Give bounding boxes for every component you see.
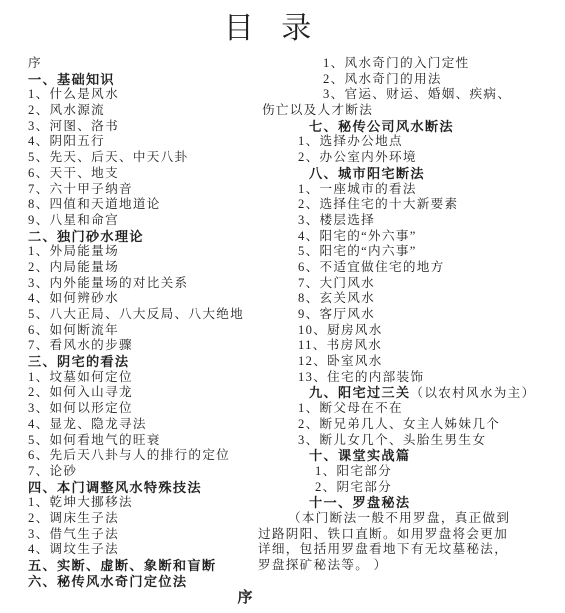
toc-entry: 4、如何辨砂水 [28, 291, 258, 307]
toc-entry: 7、六十甲子纳音 [28, 182, 258, 198]
toc-entry: 9、八星和命宫 [28, 213, 258, 229]
toc-entry: 2、阴宅部分 [258, 480, 558, 496]
toc-entry: 2、断兄弟几人、女主人姊妹几个 [258, 417, 558, 433]
toc-entry: 3、官运、财运、婚姻、疾病、 [258, 87, 558, 103]
toc-entry: （本门断法一般不用罗盘，真正做到 [258, 511, 558, 527]
toc-entry: 3、断儿女几个、头胎生男生女 [258, 433, 558, 449]
toc-entry: 十一、罗盘秘法 [258, 495, 558, 511]
page-title: 目 录 [0, 3, 545, 47]
toc-entry: 7、大门风水 [258, 276, 558, 292]
toc-page: 目 录 序一、基础知识1、什么是风水2、风水源流3、河图、洛书4、阴阳五行5、先… [0, 0, 565, 613]
toc-entry: 5、八大正局、八大反局、八大绝地 [28, 307, 258, 323]
toc-entry: 1、断父母在不在 [258, 401, 558, 417]
toc-entry: 4、阴阳五行 [28, 134, 258, 150]
toc-entry: 一、基础知识 [28, 72, 258, 88]
toc-entry: 四、本门调整风水特殊技法 [28, 480, 258, 496]
toc-entry: 11、书房风水 [258, 338, 558, 354]
toc-entry: 5、如何看地气的旺衰 [28, 433, 258, 449]
toc-entry: 8、玄关风水 [258, 291, 558, 307]
toc-entry: 3、内外能量场的对比关系 [28, 276, 258, 292]
toc-entry: 七、秘传公司风水断法 [258, 119, 558, 135]
toc-entry: 十、课堂实战篇 [258, 448, 558, 464]
toc-entry: 3、借气生子法 [28, 527, 258, 543]
toc-entry: 2、风水奇门的用法 [258, 72, 558, 88]
toc-entry: 详细，包括用罗盘看地下有无坟墓秘法， [258, 542, 558, 558]
toc-entry: 九、阳宅过三关（以农村风水为主） [258, 385, 558, 401]
toc-entry: 10、厨房风水 [258, 323, 558, 339]
toc-entry: 13、住宅的内部装饰 [258, 370, 558, 386]
toc-entry: 过路阴阳、铁口直断。如用罗盘将会更加 [258, 527, 558, 543]
toc-entry: 12、卧室风水 [258, 354, 558, 370]
toc-entry: 1、阳宅部分 [258, 464, 558, 480]
toc-entry: 三、阴宅的看法 [28, 354, 258, 370]
toc-entry: 1、乾坤大挪移法 [28, 495, 258, 511]
toc-right-column: 1、风水奇门的入门定性2、风水奇门的用法3、官运、财运、婚姻、疾病、伤亡以及人才… [258, 56, 558, 574]
toc-entry: 4、显龙、隐龙寻法 [28, 417, 258, 433]
toc-entry: 6、天干、地支 [28, 166, 258, 182]
toc-entry: 1、选择办公地点 [258, 134, 558, 150]
toc-entry: 7、看风水的步骤 [28, 338, 258, 354]
toc-entry: 3、河图、洛书 [28, 119, 258, 135]
toc-entry: 1、风水奇门的入门定性 [258, 56, 558, 72]
toc-entry: 2、如何入山寻龙 [28, 385, 258, 401]
toc-entry: 7、论砂 [28, 464, 258, 480]
toc-entry: 1、一座城市的看法 [258, 182, 558, 198]
toc-entry: 3、如何以形定位 [28, 401, 258, 417]
toc-entry: 罗盘探矿秘法等。 ） [258, 558, 558, 574]
toc-left-column: 序一、基础知识1、什么是风水2、风水源流3、河图、洛书4、阴阳五行5、先天、后天… [28, 56, 258, 589]
toc-entry: 5、先天、后天、中天八卦 [28, 150, 258, 166]
toc-entry: 6、先后天八卦与人的排行的定位 [28, 448, 258, 464]
toc-entry: 3、楼层选择 [258, 213, 558, 229]
toc-entry: 2、办公室内外环境 [258, 150, 558, 166]
toc-entry: 6、如何断流年 [28, 323, 258, 339]
toc-entry: 二、独门砂水理论 [28, 229, 258, 245]
toc-entry: 4、调坟生子法 [28, 542, 258, 558]
toc-entry: 1、外局能量场 [28, 244, 258, 260]
toc-entry: 2、调床生子法 [28, 511, 258, 527]
toc-entry: 八、城市阳宅断法 [258, 166, 558, 182]
toc-entry: 序 [28, 56, 258, 72]
toc-entry: 8、四值和天道地道论 [28, 197, 258, 213]
toc-entry: 2、选择住宅的十大新要素 [258, 197, 558, 213]
toc-entry: 2、内局能量场 [28, 260, 258, 276]
toc-entry: 1、坟墓如何定位 [28, 370, 258, 386]
preface-section-heading: 序 [0, 586, 490, 607]
toc-entry: 4、阳宅的“外六事” [258, 229, 558, 245]
toc-entry: 9、客厅风水 [258, 307, 558, 323]
toc-entry: 5、阳宅的“内六事” [258, 244, 558, 260]
toc-entry: 1、什么是风水 [28, 87, 258, 103]
toc-entry: 伤亡以及人才断法 [258, 103, 558, 119]
toc-entry: 2、风水源流 [28, 103, 258, 119]
toc-entry: 五、实断、虚断、象断和盲断 [28, 558, 258, 574]
toc-entry: 6、不适宜做住宅的地方 [258, 260, 558, 276]
